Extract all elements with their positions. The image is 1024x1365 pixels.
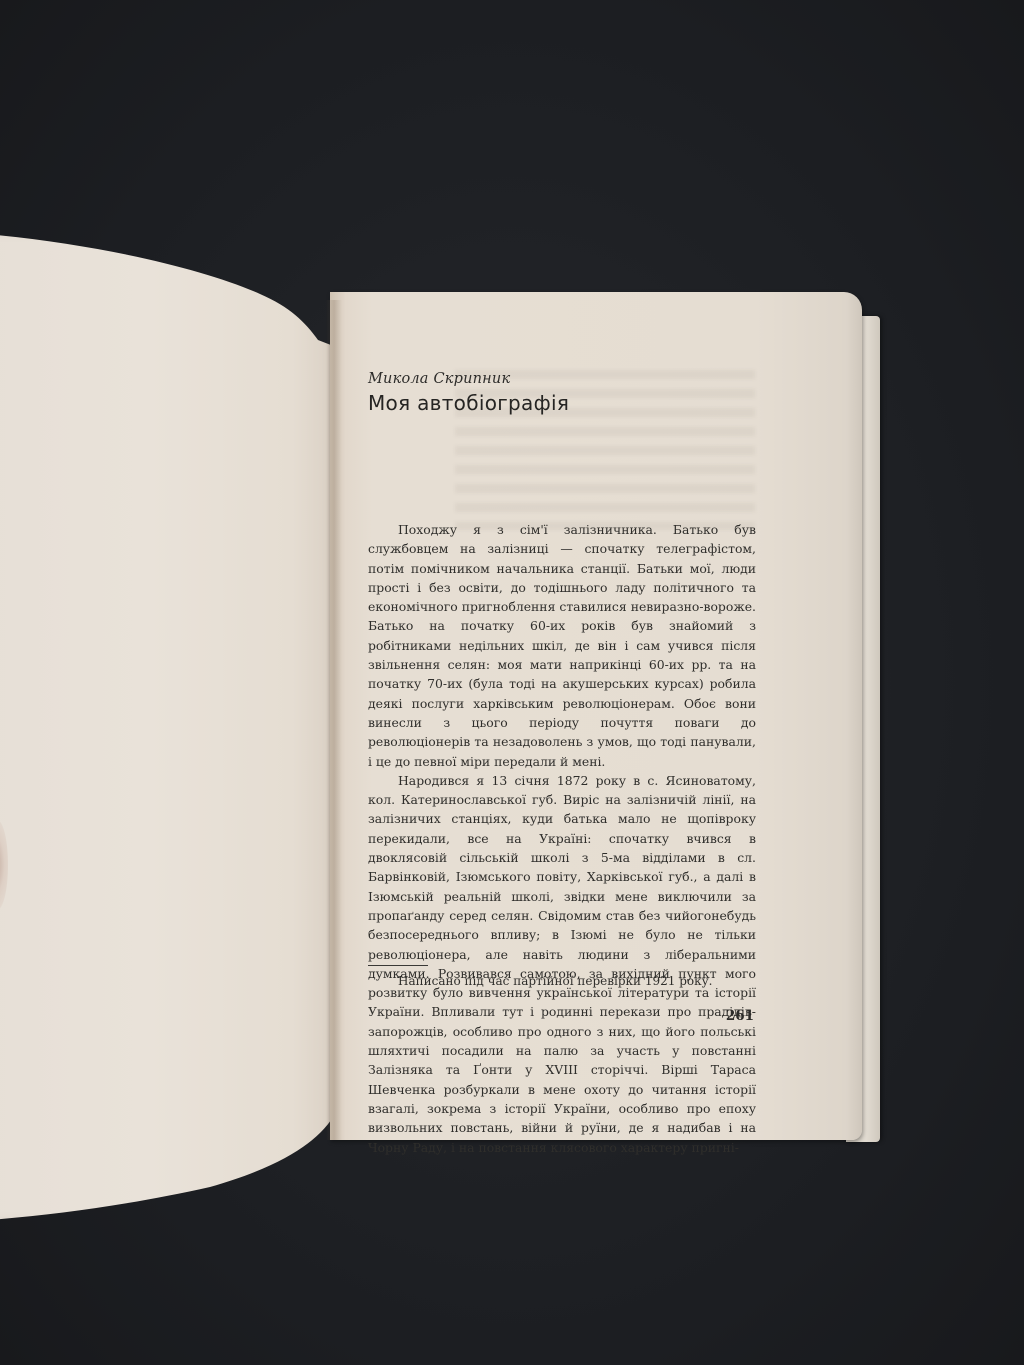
left-page-blank xyxy=(0,232,338,1222)
photo-scene: Микола Скрипник Моя автобіографія Походж… xyxy=(0,0,1024,1365)
page-number: 261 xyxy=(726,1008,754,1024)
paragraph-2: Народився я 13 січня 1872 року в с. Ясин… xyxy=(368,771,756,1157)
page-content: Микола Скрипник Моя автобіографія Походж… xyxy=(368,370,756,416)
footnote: Написано під час партійної перевірки 192… xyxy=(398,974,712,988)
author-name: Микола Скрипник xyxy=(368,370,756,388)
body-text: Походжу я з сім'ї залізничника. Батько б… xyxy=(368,520,756,1157)
paragraph-1: Походжу я з сім'ї залізничника. Батько б… xyxy=(368,520,756,771)
book-spine-gutter xyxy=(326,300,342,1140)
chapter-title: Моя автобіографія xyxy=(368,390,756,416)
footnote-divider xyxy=(368,965,428,966)
